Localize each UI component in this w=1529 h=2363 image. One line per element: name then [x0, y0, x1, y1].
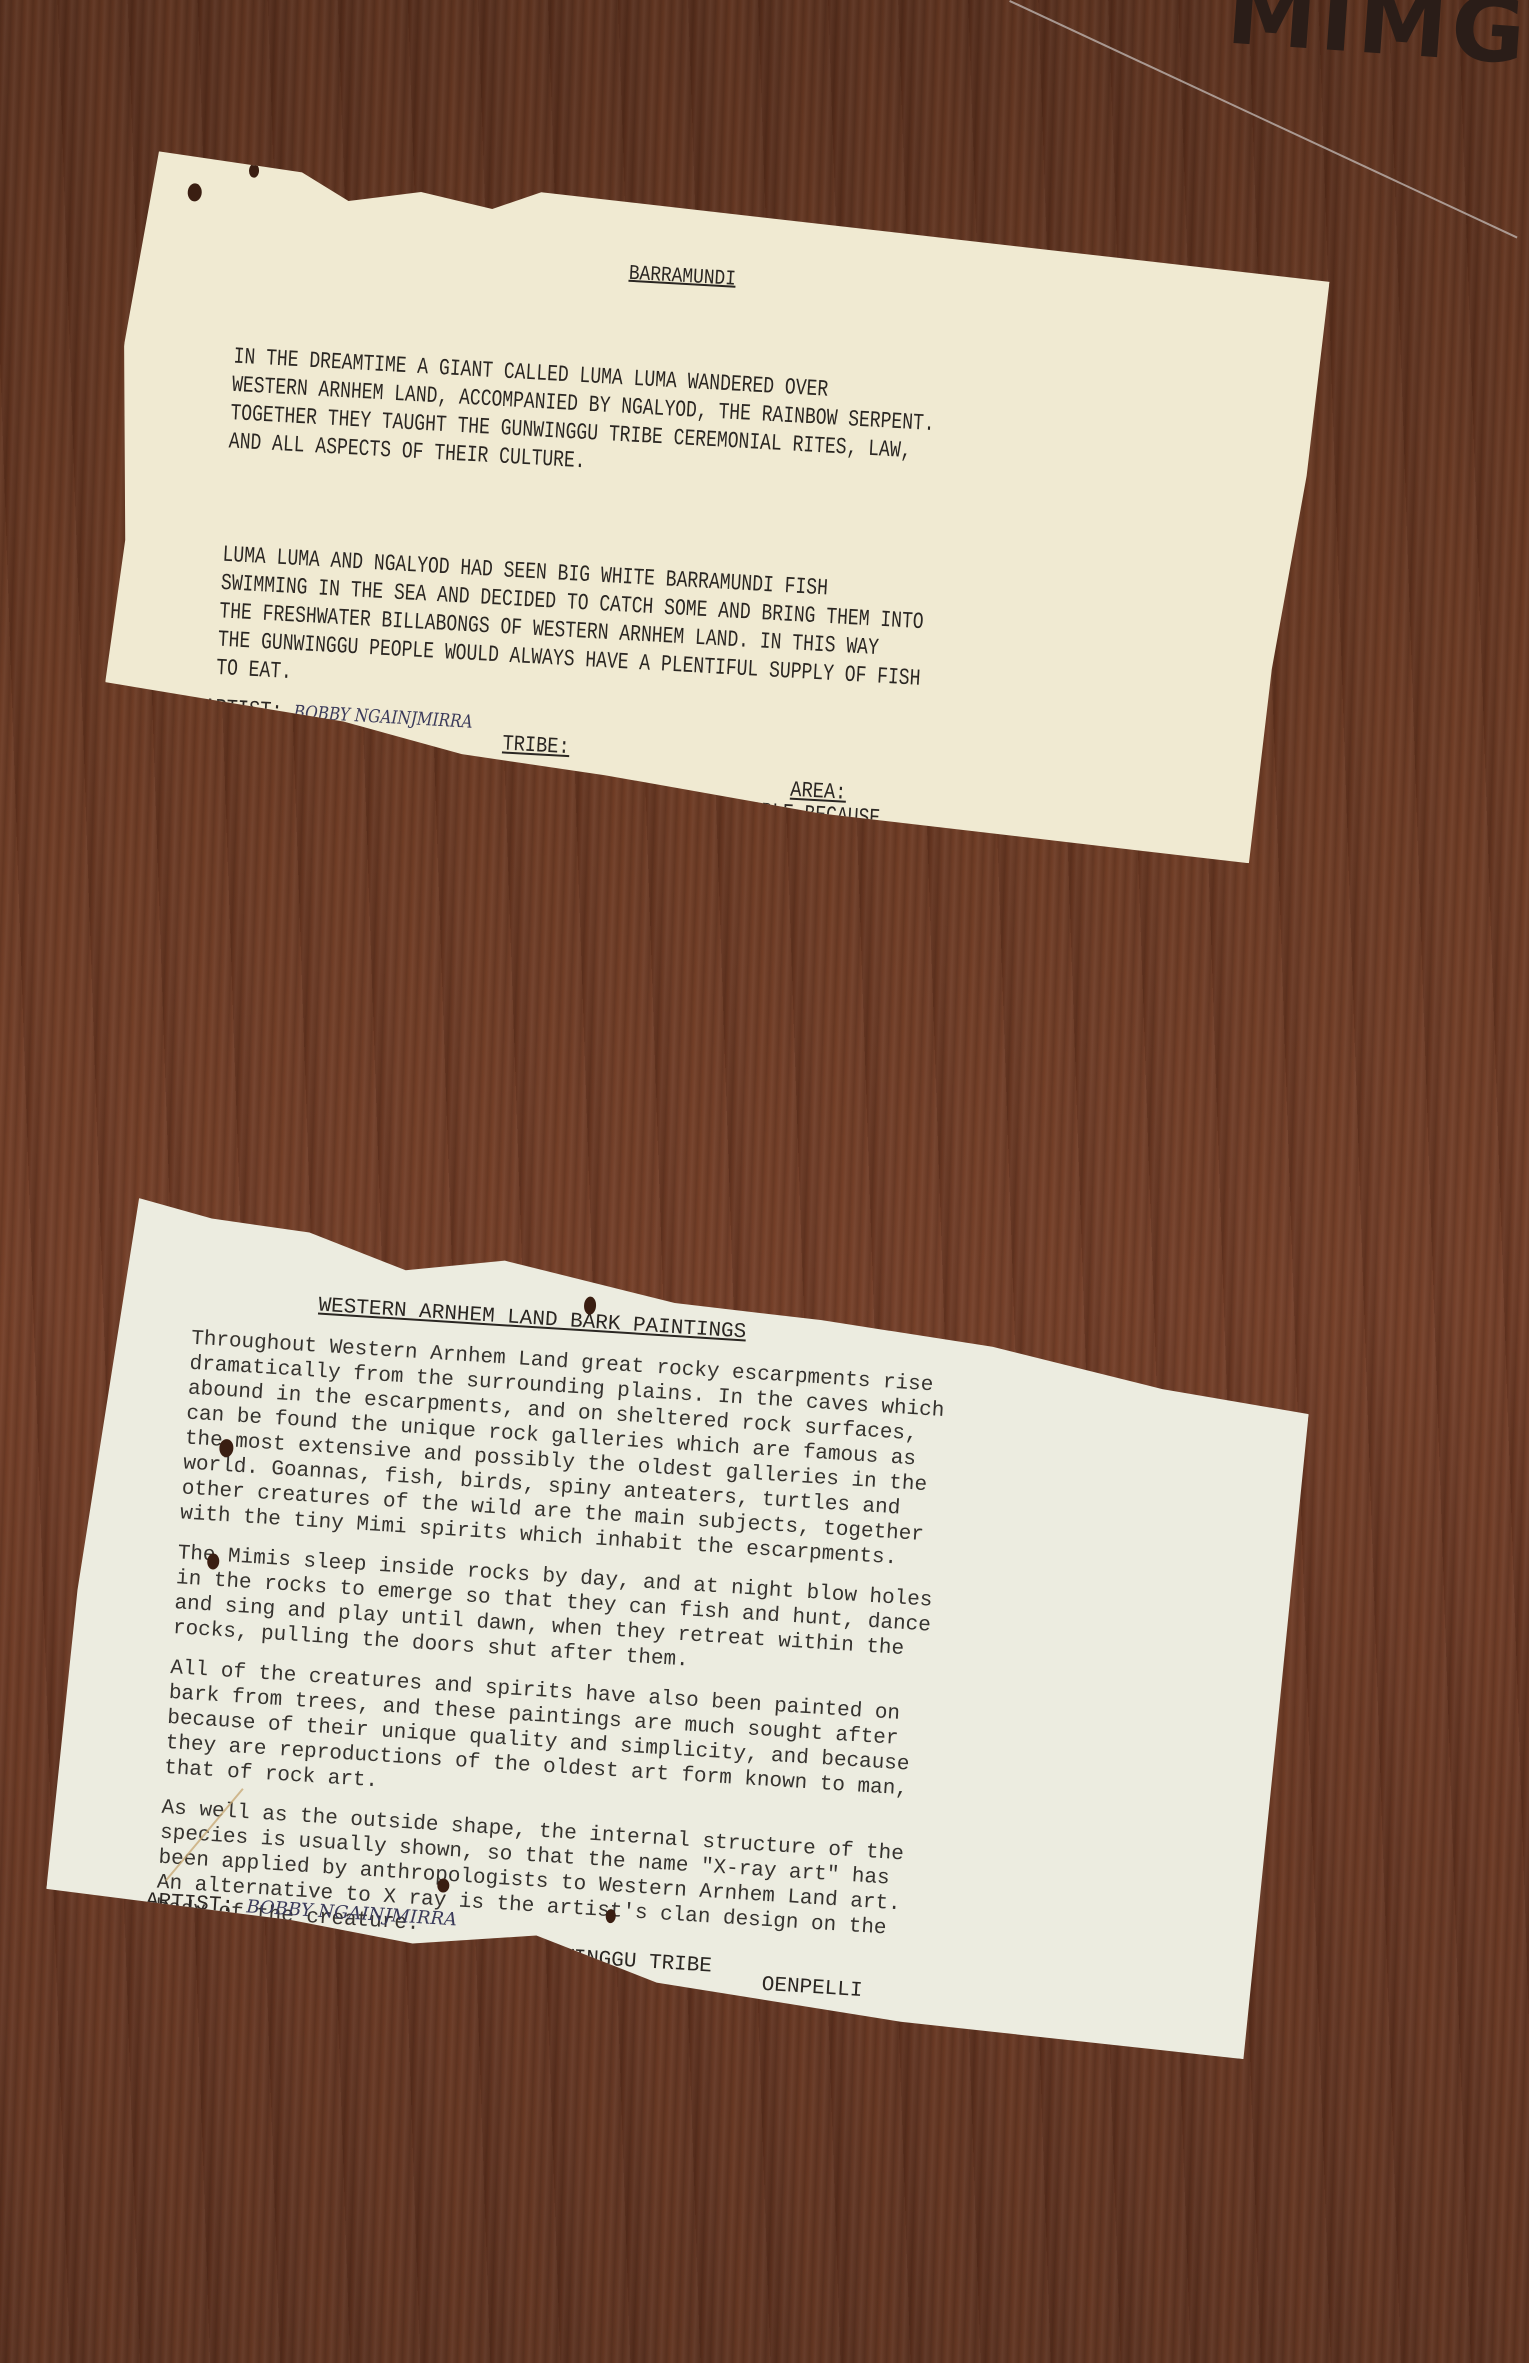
barramundi-paragraph: EVENTUALLY LUMA LUMA WAS SPEARED BY IRAT…: [203, 767, 1079, 957]
area-name: OENPELLI: [761, 1974, 863, 2003]
area-label: AREA:: [790, 778, 847, 806]
barramundi-paragraph: IN THE DREAMTIME A GIANT CALLED LUMA LUM…: [228, 343, 1102, 505]
barramundi-title: BARRAMUNDI: [628, 263, 736, 292]
barramundi-body: IN THE DREAMTIME A GIANT CALLED LUMA LUM…: [198, 286, 1105, 1042]
bark-paintings-title: WESTERN ARNHEM LAND BARK PAINTINGS: [318, 1295, 747, 1345]
artist-label: ARTIST:: [203, 695, 283, 724]
handwritten-bark-mark: MIMG: [1223, 0, 1529, 85]
artist-label: ARTIST:: [145, 1890, 234, 1918]
bark-paintings-label-card: WESTERN ARNHEM LAND BARK PAINTINGS Throu…: [40, 1195, 1317, 2061]
barramundi-label-card: BARRAMUNDI IN THE DREAMTIME A GIANT CALL…: [99, 150, 1333, 866]
tribe-label: TRIBE:: [502, 731, 571, 760]
paper-hole: [249, 163, 260, 178]
paper-hole: [187, 183, 202, 202]
